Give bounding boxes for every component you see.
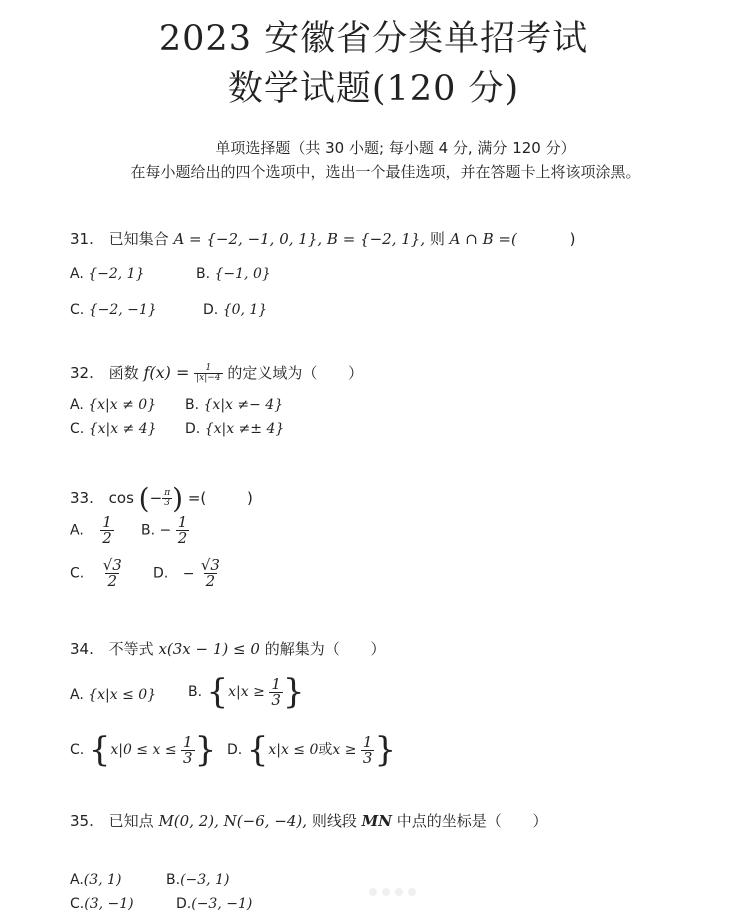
answer-blank: ） bbox=[370, 640, 385, 658]
option-label: D. bbox=[227, 742, 242, 758]
math-expr: MN bbox=[362, 812, 392, 830]
option-c[interactable]: C. {x|x ≠ 4} bbox=[70, 421, 157, 437]
question-text: =( bbox=[188, 489, 206, 507]
question-33: 33. cos (−π3) =( ) bbox=[70, 482, 253, 515]
option-d[interactable]: D.(−3, −1) bbox=[176, 896, 252, 912]
option-b[interactable]: B. {−1, 0} bbox=[196, 266, 271, 282]
option-label: D. bbox=[185, 421, 200, 437]
option-value: (3, −1) bbox=[84, 896, 133, 912]
page-indicator[interactable] bbox=[369, 888, 416, 896]
fraction: √32 bbox=[199, 558, 222, 589]
fraction: 1|x|−4 bbox=[194, 364, 222, 383]
exam-title: 2023 安徽省分类单招考试 bbox=[0, 22, 747, 57]
question-number: 35. bbox=[70, 812, 94, 830]
brace-open: { bbox=[247, 730, 269, 770]
numerator: 1 bbox=[181, 735, 195, 750]
option-a[interactable]: A. {x|x ≤ 0} bbox=[70, 687, 156, 703]
option-label: B. bbox=[185, 397, 199, 413]
exam-subtitle: 数学试题(120 分) bbox=[0, 72, 747, 107]
denominator: |x|−4 bbox=[194, 373, 222, 383]
option-value: {x|x ≤ 0} bbox=[88, 687, 156, 703]
brace-close: } bbox=[195, 730, 217, 770]
option-label: A. bbox=[70, 687, 84, 703]
option-a[interactable]: A. 12 bbox=[70, 515, 114, 546]
option-value: (−3, 1) bbox=[180, 872, 229, 888]
option-value: x|x ≤ 0 bbox=[268, 742, 318, 758]
option-label: C. bbox=[70, 896, 84, 912]
paren: ( bbox=[139, 482, 150, 515]
paren: ) bbox=[172, 482, 183, 515]
denominator: 2 bbox=[100, 530, 114, 546]
page-dot[interactable] bbox=[408, 888, 416, 896]
option-value: {x|x ≠ 0} bbox=[88, 397, 156, 413]
answer-blank: ） bbox=[348, 364, 363, 382]
option-label: D. bbox=[176, 896, 191, 912]
question-text: 的定义域为（ bbox=[227, 364, 317, 382]
option-value: (−3, −1) bbox=[191, 896, 252, 912]
question-34: 34. 不等式 x(3x − 1) ≤ 0 的解集为（ ） bbox=[70, 638, 386, 659]
option-d[interactable]: D. {x|x ≤ 0或x ≥ 13} bbox=[227, 730, 396, 770]
option-label: C. bbox=[70, 302, 84, 318]
option-label: A. bbox=[70, 523, 84, 539]
fraction: π3 bbox=[162, 489, 172, 508]
question-35: 35. 已知点 M(0, 2), N(−6, −4), 则线段 MN 中点的坐标… bbox=[70, 810, 548, 831]
denominator: 2 bbox=[176, 530, 190, 546]
math-func: cos bbox=[109, 489, 134, 507]
numerator: √3 bbox=[199, 558, 222, 573]
question-text: 函数 bbox=[109, 364, 139, 382]
option-label: C. bbox=[70, 566, 84, 582]
answer-blank: ） bbox=[533, 812, 548, 830]
option-b[interactable]: B. − 12 bbox=[141, 515, 189, 546]
math-expr: A = {−2, −1, 0, 1}, B = {−2, 1}, bbox=[173, 230, 425, 248]
brace-open: { bbox=[207, 672, 229, 712]
math-expr: A ∩ B =( bbox=[450, 230, 517, 248]
denominator: 3 bbox=[162, 498, 172, 508]
numerator: 1 bbox=[269, 677, 283, 692]
answer-instruction: 在每小题给出的四个选项中，选出一个最佳选项，并在答题卡上将该项涂黑。 bbox=[12, 165, 747, 180]
option-value: x|x ≥ bbox=[228, 684, 265, 700]
minus-sign: − bbox=[150, 489, 163, 507]
question-text: 则线段 bbox=[312, 812, 357, 830]
or-word: 或 bbox=[318, 742, 332, 758]
denominator: 3 bbox=[361, 750, 375, 766]
option-d[interactable]: D. {x|x ≠± 4} bbox=[185, 421, 284, 437]
option-c[interactable]: C. √32 bbox=[70, 558, 124, 589]
numerator: π bbox=[162, 489, 172, 498]
page-dot[interactable] bbox=[369, 888, 377, 896]
fraction: 13 bbox=[361, 735, 375, 766]
denominator: 2 bbox=[105, 573, 119, 589]
fraction: 13 bbox=[181, 735, 195, 766]
numerator: 1 bbox=[100, 515, 114, 530]
numerator: 1 bbox=[203, 364, 213, 373]
fraction: 13 bbox=[269, 677, 283, 708]
page-dot[interactable] bbox=[395, 888, 403, 896]
option-d[interactable]: D. {0, 1} bbox=[203, 302, 267, 318]
option-b[interactable]: B. {x|x ≥ 13} bbox=[188, 672, 305, 712]
option-value: {−2, −1} bbox=[89, 302, 157, 318]
option-value: {x|x ≠− 4} bbox=[204, 397, 284, 413]
option-value: {−1, 0} bbox=[215, 266, 271, 282]
page-dot[interactable] bbox=[382, 888, 390, 896]
option-value: {−2, 1} bbox=[88, 266, 144, 282]
question-text: 则 bbox=[430, 230, 445, 248]
option-a[interactable]: A.(3, 1) bbox=[70, 872, 121, 888]
numerator: √3 bbox=[101, 558, 124, 573]
fraction: 12 bbox=[100, 515, 114, 546]
option-value: {x|x ≠ 4} bbox=[89, 421, 157, 437]
numerator: 1 bbox=[176, 515, 190, 530]
option-label: B. bbox=[188, 684, 202, 700]
option-label: A. bbox=[70, 266, 84, 282]
denominator: 3 bbox=[181, 750, 195, 766]
option-label: B. bbox=[141, 523, 155, 539]
option-b[interactable]: B. {x|x ≠− 4} bbox=[185, 397, 283, 413]
option-label: A. bbox=[70, 397, 84, 413]
answer-blank: ) bbox=[570, 230, 576, 248]
question-32: 32. 函数 f(x) = 1|x|−4 的定义域为（ ） bbox=[70, 362, 363, 383]
option-d[interactable]: D. − √32 bbox=[153, 558, 222, 589]
math-expr: M(0, 2), N(−6, −4), bbox=[158, 812, 307, 830]
question-text: 中点的坐标是（ bbox=[397, 812, 502, 830]
question-number: 31. bbox=[70, 230, 94, 248]
option-c[interactable]: C. {−2, −1} bbox=[70, 302, 157, 318]
option-label: D. bbox=[203, 302, 218, 318]
option-a[interactable]: A. {−2, 1} bbox=[70, 266, 145, 282]
denominator: 3 bbox=[269, 692, 283, 708]
option-label: C. bbox=[70, 742, 84, 758]
option-label: B. bbox=[166, 872, 180, 888]
math-expr: f(x) = bbox=[143, 363, 189, 382]
option-a[interactable]: A. {x|x ≠ 0} bbox=[70, 397, 156, 413]
option-value: x ≥ bbox=[332, 742, 356, 758]
option-c[interactable]: C.(3, −1) bbox=[70, 896, 134, 912]
option-label: D. bbox=[153, 566, 168, 582]
question-number: 34. bbox=[70, 640, 94, 658]
question-number: 32. bbox=[70, 364, 94, 382]
option-label: A. bbox=[70, 872, 84, 888]
option-b[interactable]: B.(−3, 1) bbox=[166, 872, 229, 888]
fraction: √32 bbox=[101, 558, 124, 589]
question-text: 已知集合 bbox=[109, 230, 169, 248]
numerator: 1 bbox=[361, 735, 375, 750]
minus-sign: − bbox=[160, 523, 172, 539]
question-text: 的解集为（ bbox=[265, 640, 340, 658]
option-value: {0, 1} bbox=[223, 302, 268, 318]
option-label: B. bbox=[196, 266, 210, 282]
question-31: 31. 已知集合 A = {−2, −1, 0, 1}, B = {−2, 1}… bbox=[70, 228, 575, 249]
denominator: 2 bbox=[204, 573, 218, 589]
math-expr: x(3x − 1) ≤ 0 bbox=[158, 640, 259, 658]
minus-sign: − bbox=[183, 566, 195, 582]
brace-open: { bbox=[89, 730, 111, 770]
question-number: 33. bbox=[70, 489, 94, 507]
option-value: (3, 1) bbox=[84, 872, 122, 888]
option-c[interactable]: C. {x|0 ≤ x ≤ 13} bbox=[70, 730, 216, 770]
fraction: 12 bbox=[176, 515, 190, 546]
question-text: 不等式 bbox=[109, 640, 154, 658]
option-label: C. bbox=[70, 421, 84, 437]
brace-close: } bbox=[283, 672, 305, 712]
brace-close: } bbox=[374, 730, 396, 770]
answer-blank: ) bbox=[247, 489, 253, 507]
option-value: x|0 ≤ x ≤ bbox=[110, 742, 176, 758]
section-instruction: 单项选择题（共 30 小题; 每小题 4 分, 满分 120 分） bbox=[22, 141, 747, 156]
question-text: 已知点 bbox=[109, 812, 154, 830]
option-value: {x|x ≠± 4} bbox=[205, 421, 285, 437]
